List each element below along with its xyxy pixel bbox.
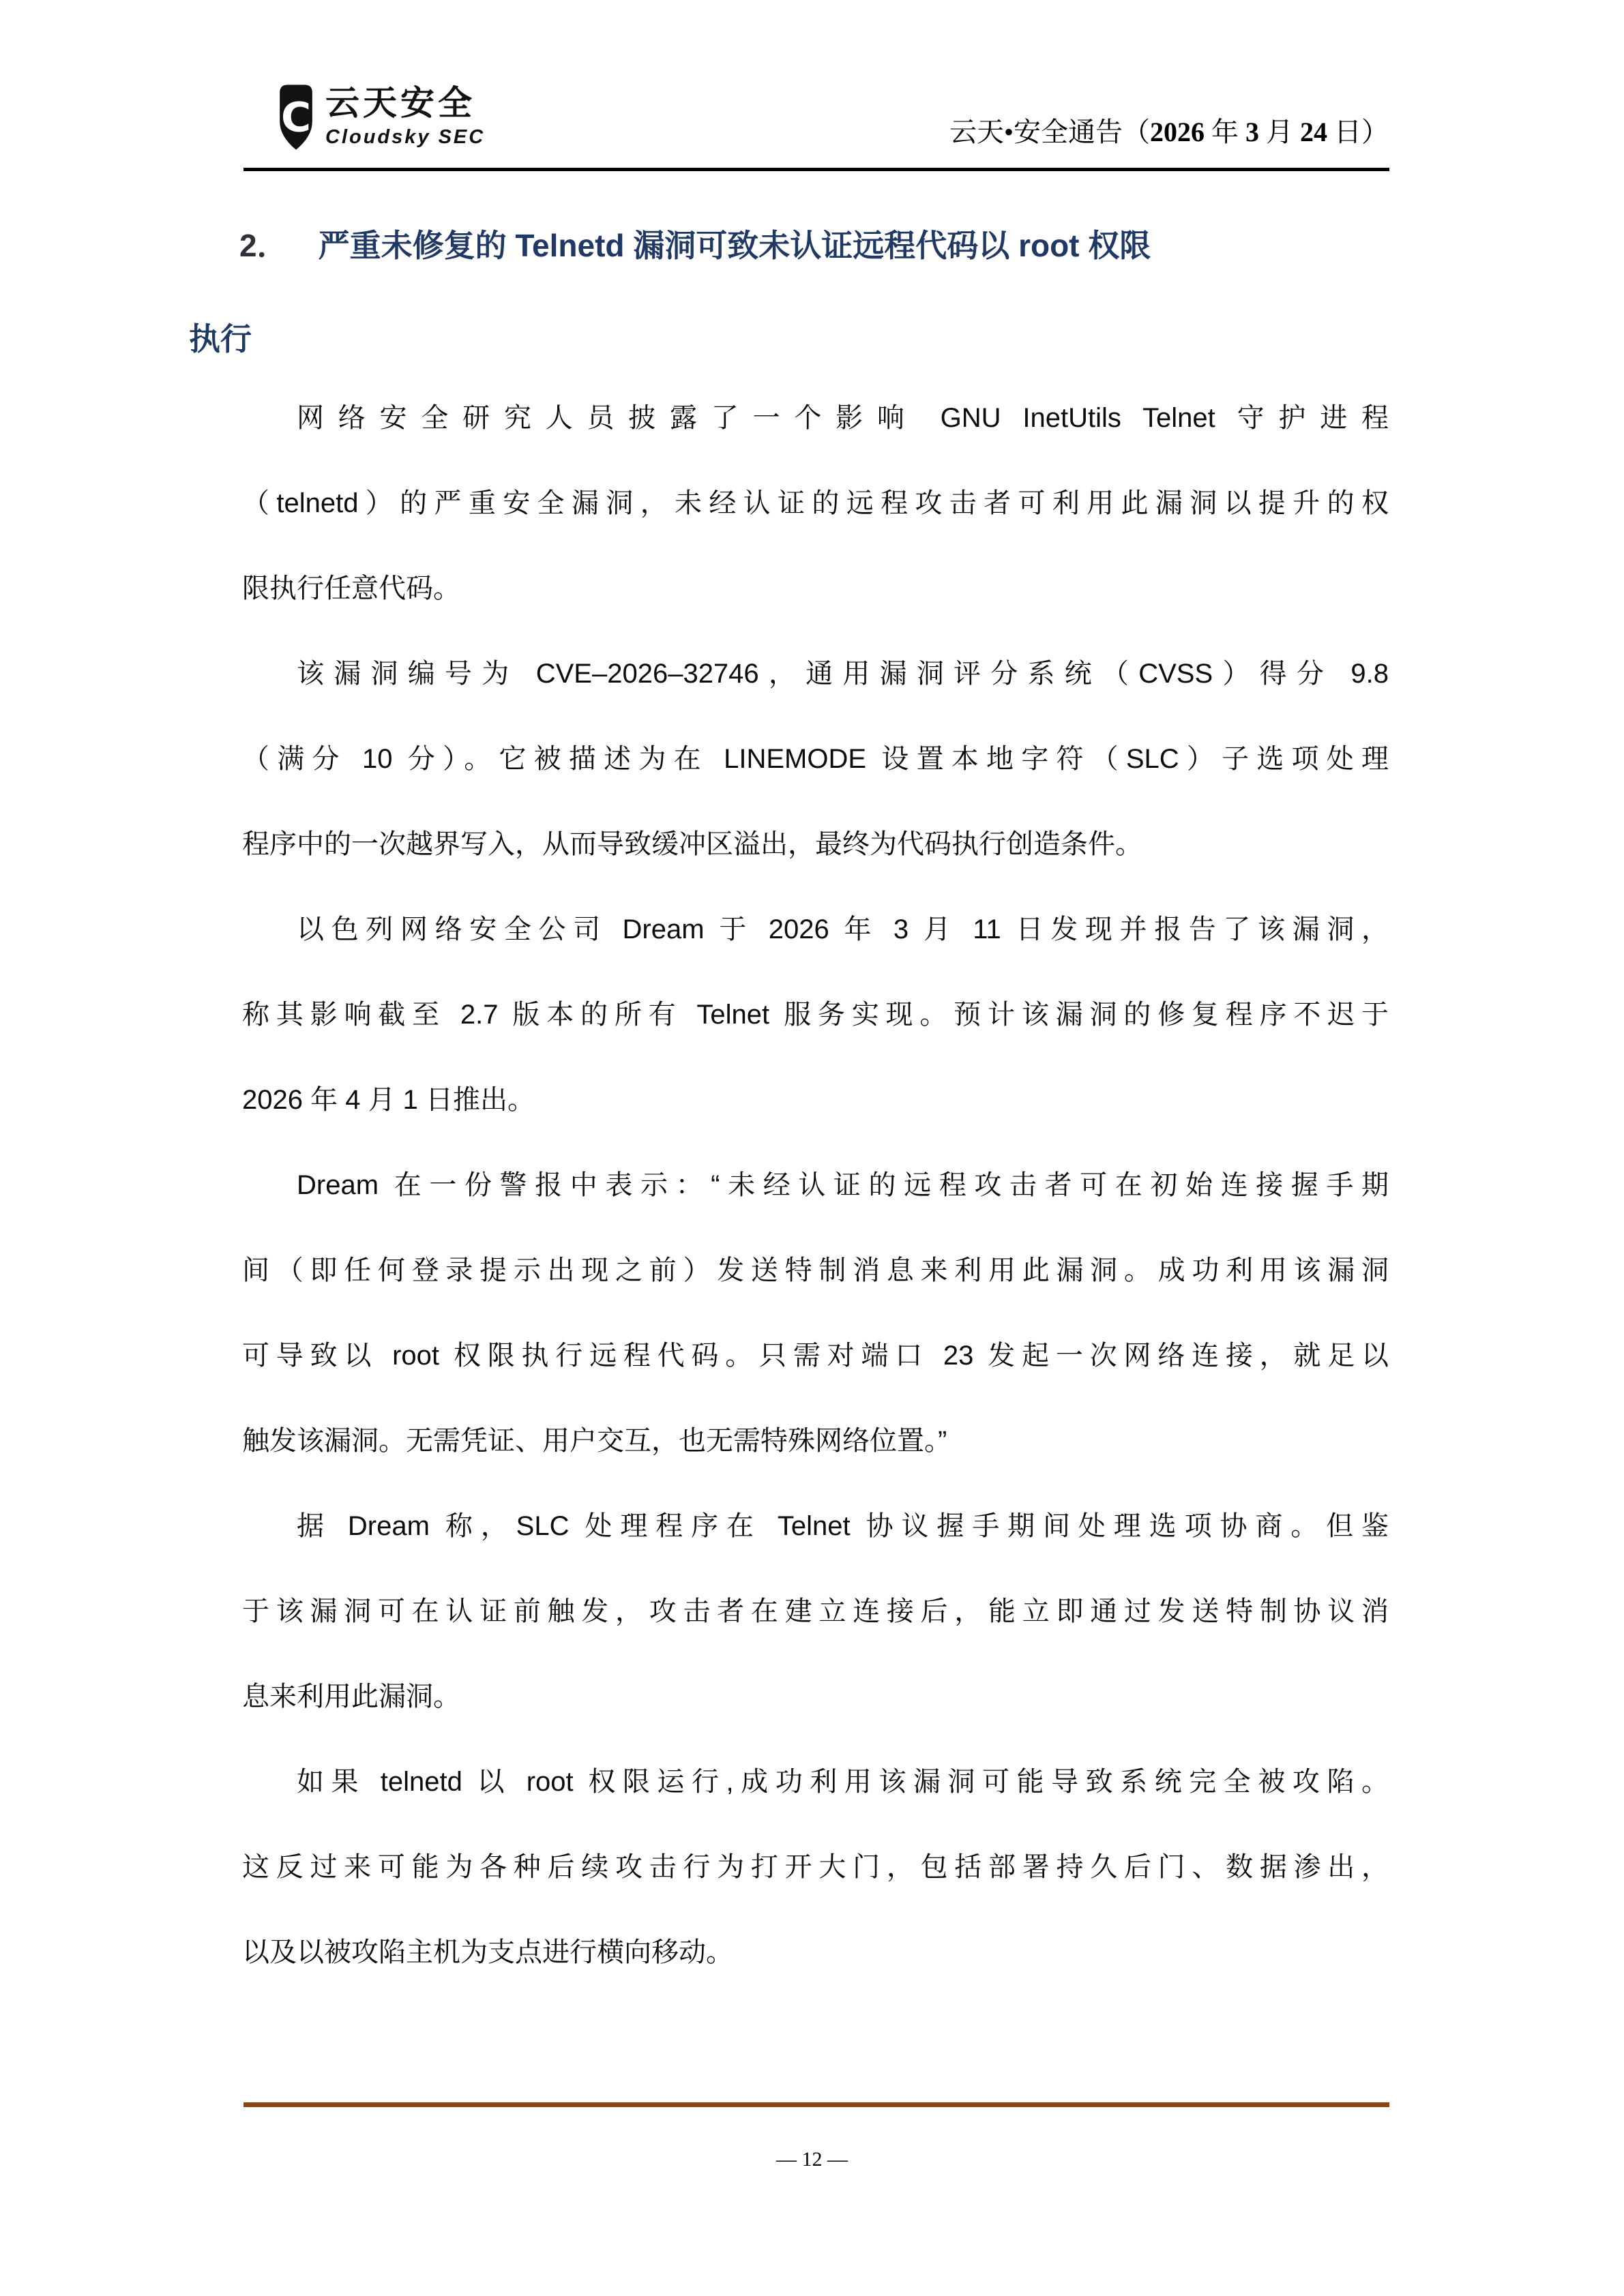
paragraph-line: （满分 10 分）。它被描述为在 LINEMODE 设置本地字符（SLC）子选项… bbox=[242, 717, 1389, 802]
section-heading: 2．严重未修复的 Telnetd 漏洞可致未认证远程代码以 root 权限 执行 bbox=[189, 199, 1410, 386]
brand-name-en: Cloudsky SEC bbox=[325, 128, 485, 147]
brand-name-cn: 云天安全 bbox=[325, 85, 485, 122]
paragraph-line: 可导致以 root 权限执行远程代码。只需对端口 23 发起一次网络连接，就足以 bbox=[242, 1313, 1389, 1399]
section-number: 2． bbox=[239, 228, 289, 263]
header-title-part: 云天•安全通告（ bbox=[949, 117, 1150, 147]
paragraph-line: 于该漏洞可在认证前触发，攻击者在建立连接后，能立即通过发送特制协议消 bbox=[242, 1569, 1389, 1654]
header-title-month: 3 bbox=[1245, 117, 1259, 147]
paragraph-line: 以色列网络安全公司 Dream 于 2026 年 3 月 11 日发现并报告了该… bbox=[242, 887, 1389, 972]
paragraph-line: 据 Dream 称，SLC 处理程序在 Telnet 协议握手期间处理选项协商。… bbox=[242, 1484, 1389, 1569]
page-number: — 12 — bbox=[0, 2148, 1624, 2171]
paragraph-line: 称其影响截至 2.7 版本的所有 Telnet 服务实现。预计该漏洞的修复程序不… bbox=[242, 972, 1389, 1058]
header-title-part: 年 bbox=[1205, 117, 1245, 147]
header-title-part: 日） bbox=[1327, 117, 1389, 147]
paragraph-line: 息来利用此漏洞。 bbox=[242, 1654, 1389, 1740]
paragraph-line: 如果 telnetd 以 root 权限运行,成功利用该漏洞可能导致系统完全被攻… bbox=[242, 1740, 1389, 1825]
paragraph-line: 该漏洞编号为 CVE–2026–32746，通用漏洞评分系统（CVSS）得分 9… bbox=[242, 631, 1389, 717]
paragraph-line: （telnetd）的严重安全漏洞，未经认证的远程攻击者可利用此漏洞以提升的权 bbox=[242, 461, 1389, 546]
paragraph-line: 网络安全研究人员披露了一个影响 GNU InetUtils Telnet 守护进… bbox=[242, 376, 1389, 461]
paragraph-line: 程序中的一次越界写入，从而导致缓冲区溢出，最终为代码执行创造条件。 bbox=[242, 802, 1389, 887]
header-title-day: 24 bbox=[1300, 117, 1327, 147]
paragraph-line: 2026 年 4 月 1 日推出。 bbox=[242, 1058, 1389, 1143]
header-title-part: 月 bbox=[1259, 117, 1300, 147]
section-title-text: 严重未修复的 Telnetd 漏洞可致未认证远程代码以 root 权限 bbox=[319, 228, 1151, 263]
company-logo: C 云天安全 Cloudsky SEC bbox=[276, 82, 485, 153]
footer-rule bbox=[243, 2102, 1389, 2107]
paragraph-line: 这反过来可能为各种后续攻击行为打开大门，包括部署持久后门、数据渗出， bbox=[242, 1825, 1389, 1910]
paragraph-line: 触发该漏洞。无需凭证、用户交互，也无需特殊网络位置。” bbox=[242, 1399, 1389, 1484]
header-title-year: 2026 bbox=[1150, 117, 1205, 147]
shield-letter: C bbox=[281, 94, 311, 142]
logo-text: 云天安全 Cloudsky SEC bbox=[325, 82, 485, 147]
body-text: 网络安全研究人员披露了一个影响 GNU InetUtils Telnet 守护进… bbox=[242, 376, 1389, 1995]
shield-icon: C bbox=[276, 82, 316, 153]
paragraph-line: 以及以被攻陷主机为支点进行横向移动。 bbox=[242, 1910, 1389, 1995]
paragraph-line: 间（即任何登录提示出现之前）发送特制消息来利用此漏洞。成功利用该漏洞 bbox=[242, 1228, 1389, 1313]
paragraph-line: 限执行任意代码。 bbox=[242, 546, 1389, 631]
header-title: 云天•安全通告（2026 年 3 月 24 日） bbox=[949, 110, 1389, 149]
section-heading-line2: 执行 bbox=[189, 293, 1410, 386]
document-page: C 云天安全 Cloudsky SEC 云天•安全通告（2026 年 3 月 2… bbox=[0, 0, 1624, 2296]
section-heading-line1: 2．严重未修复的 Telnetd 漏洞可致未认证远程代码以 root 权限 bbox=[189, 199, 1410, 293]
paragraph-line: Dream 在一份警报中表示：“未经认证的远程攻击者可在初始连接握手期 bbox=[242, 1143, 1389, 1228]
header-rule bbox=[243, 168, 1389, 171]
